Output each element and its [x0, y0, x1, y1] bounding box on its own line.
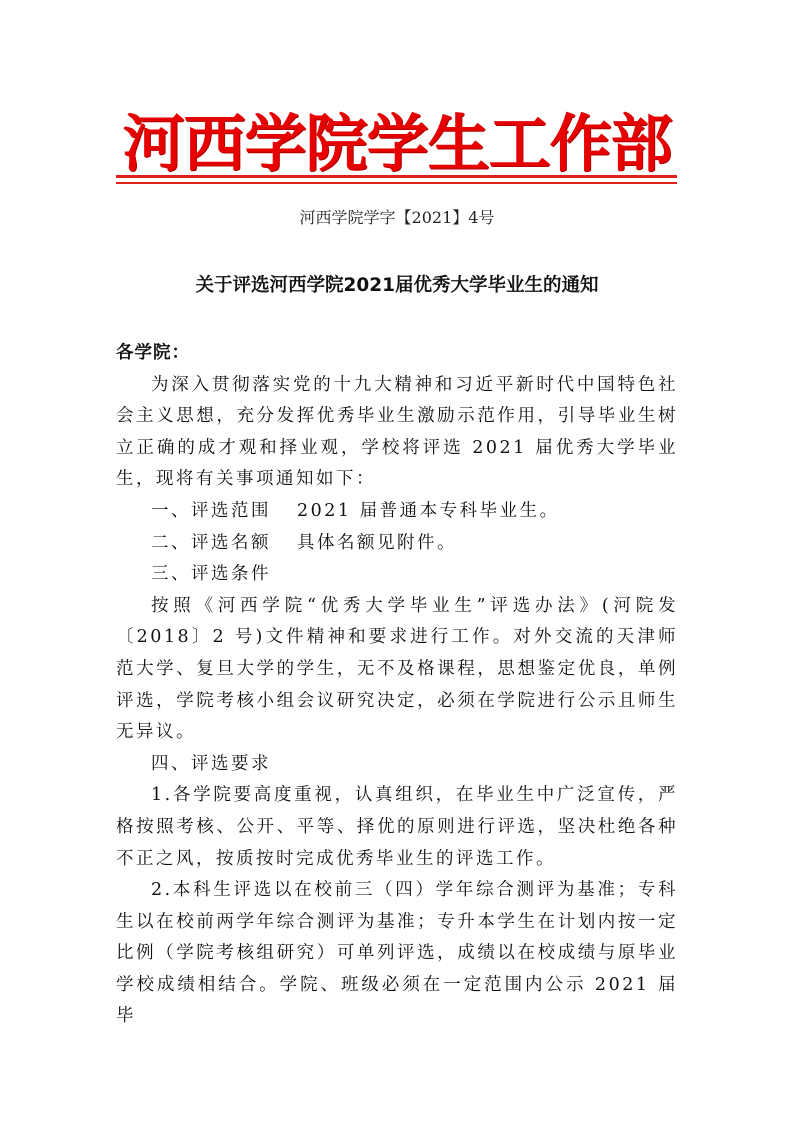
- intro-paragraph: 为深入贯彻落实党的十九大精神和习近平新时代中国特色社会主义思想，充分发挥优秀毕业…: [116, 370, 678, 496]
- section-quota: 二、评选名额具体名额见附件。: [116, 528, 678, 560]
- criteria-paragraph: 按照《河西学院“优秀大学毕业生”评选办法》(河院发〔2018〕2 号)文件精神和…: [116, 591, 678, 749]
- section-content: 2021 届普通本专科毕业生。: [297, 501, 560, 521]
- red-header-rule-thick: [116, 175, 677, 178]
- section-criteria: 三、评选条件: [116, 559, 678, 591]
- section-heading: 三、评选条件: [151, 564, 271, 584]
- document-body: 各学院： 为深入贯彻落实党的十九大精神和习近平新时代中国特色社会主义思想，充分发…: [116, 338, 678, 1033]
- organization-masthead: 河西学院学生工作部: [112, 112, 682, 176]
- requirement-item: 1.各学院要高度重视，认真组织，在毕业生中广泛宣传，严格按照考核、公开、平等、择…: [116, 780, 678, 875]
- section-heading: 二、评选名额: [151, 533, 271, 553]
- requirement-item: 2.本科生评选以在校前三（四）学年综合测评为基准；专科生以在校前两学年综合测评为…: [116, 875, 678, 1033]
- section-requirements-heading: 四、评选要求: [116, 749, 678, 781]
- document-number: 河西学院学字【2021】4号: [0, 206, 794, 230]
- section-heading: 一、评选范围: [151, 501, 271, 521]
- red-header-rule-thin: [116, 182, 677, 184]
- document-title: 关于评选河西学院2021届优秀大学毕业生的通知: [0, 272, 794, 300]
- salutation: 各学院：: [116, 338, 678, 370]
- section-scope: 一、评选范围2021 届普通本专科毕业生。: [116, 496, 678, 528]
- section-content: 具体名额见附件。: [297, 533, 457, 553]
